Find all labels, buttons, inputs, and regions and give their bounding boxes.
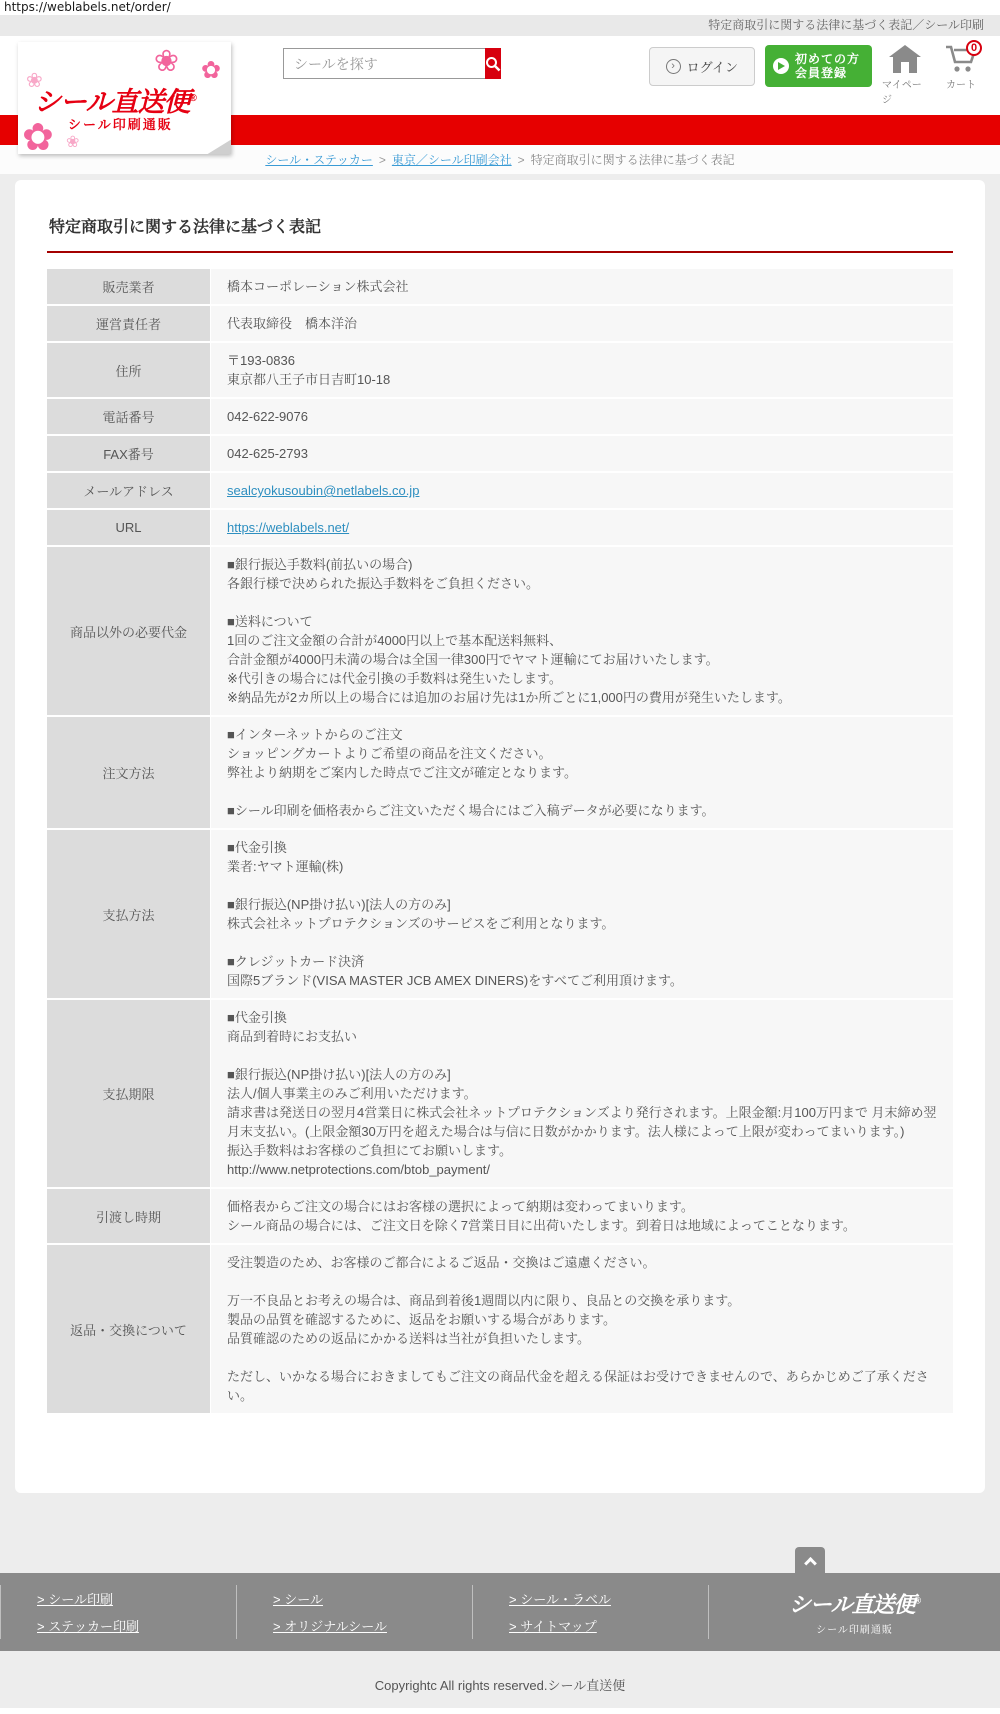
browser-url: https://weblabels.net/order/ [0, 0, 1000, 15]
row-content: sealcyokusoubin@netlabels.co.jp [211, 473, 953, 508]
breadcrumb-link-tokyo[interactable]: 東京／シール印刷会社 [392, 151, 512, 168]
row-label: 販売業者 [47, 269, 210, 304]
plum-blossom-icon: ❀ [66, 132, 79, 152]
legal-info-table: 販売業者 橋本コーポレーション株式会社 運営責任者 代表取締役 橋本洋治 住所 … [47, 269, 953, 1413]
back-to-top-button[interactable] [795, 1547, 825, 1573]
table-row: 住所 〒193-0836 東京都八王子市日吉町10-18 [47, 343, 953, 397]
site-header: ❀ ✿ ❀ ✿ ❀ シール直送便® シール印刷通販 › ログイン 初めての方 会… [0, 36, 1000, 115]
mypage-link[interactable]: マイページ [882, 44, 928, 106]
plum-blossom-icon: ✿ [22, 115, 54, 154]
cart-link[interactable]: 0 カート [938, 44, 984, 91]
footer-link-seal[interactable]: > シール [273, 1589, 472, 1608]
table-row: 注文方法 ■インターネットからのご注文 ショッピングカートよりご希望の商品を注文… [47, 717, 953, 828]
login-label: ログイン [687, 57, 738, 76]
table-row: 支払方法 ■代金引換 業者:ヤマト運輸(株) ■銀行振込(NP掛け払い)[法人の… [47, 830, 953, 998]
row-content: 042-625-2793 [211, 436, 953, 471]
login-button[interactable]: › ログイン [649, 47, 755, 86]
row-label: メールアドレス [47, 473, 210, 508]
row-label: 返品・交換について [47, 1245, 210, 1413]
copyright-text: Copyrightc All rights reserved.シール直送便 [0, 1651, 1000, 1708]
footer-link-sitemap[interactable]: > サイトマップ [509, 1616, 708, 1635]
plum-blossom-icon: ✿ [201, 56, 221, 85]
row-label: 商品以外の必要代金 [47, 547, 210, 715]
search-input[interactable] [283, 48, 485, 79]
table-row: 引渡し時期 価格表からご注文の場合にはお客様の選択によって納期は変わってまいりま… [47, 1189, 953, 1243]
footer-logo-text: シール直送便® [789, 1588, 920, 1619]
row-content: https://weblabels.net/ [211, 510, 953, 545]
site-url-link[interactable]: https://weblabels.net/ [227, 520, 349, 535]
chevron-up-icon [804, 1556, 817, 1569]
row-content: 受注製造のため、お客様のご都合によるご返品・交換はご遠慮ください。 万一不良品と… [211, 1245, 953, 1413]
main-content: 特定商取引に関する法律に基づく表記 販売業者 橋本コーポレーション株式会社 運営… [0, 174, 1000, 1493]
play-arrow-icon [773, 58, 789, 74]
cart-count-badge: 0 [966, 40, 982, 56]
row-label: 支払方法 [47, 830, 210, 998]
cart-label: カート [946, 76, 976, 91]
table-row: 運営責任者 代表取締役 橋本洋治 [47, 306, 953, 341]
row-label: FAX番号 [47, 436, 210, 471]
breadcrumb-separator: > [518, 153, 525, 167]
row-label: URL [47, 510, 210, 545]
table-row: URL https://weblabels.net/ [47, 510, 953, 545]
footer-nav: > シール印刷 > ステッカー印刷 > シール > オリジナルシール > シール… [0, 1573, 1000, 1651]
footer: > シール印刷 > ステッカー印刷 > シール > オリジナルシール > シール… [0, 1493, 1000, 1708]
row-content: 代表取締役 橋本洋治 [211, 306, 953, 341]
email-link[interactable]: sealcyokusoubin@netlabels.co.jp [227, 483, 419, 498]
breadcrumb-link-seal-sticker[interactable]: シール・ステッカー [265, 151, 373, 168]
sticker-fold [206, 139, 231, 154]
breadcrumb-separator: > [379, 153, 386, 167]
row-label: 電話番号 [47, 399, 210, 434]
search-icon [485, 56, 501, 72]
footer-logo-subtext: シール印刷通販 [816, 1621, 893, 1636]
registered-mark: ® [914, 1596, 920, 1606]
search-bar [283, 48, 455, 79]
row-content: 価格表からご注文の場合にはお客様の選択によって納期は変わってまいります。 シール… [211, 1189, 953, 1243]
row-label: 引渡し時期 [47, 1189, 210, 1243]
window-title: 特定商取引に関する法律に基づく表記／シール印刷 [0, 15, 1000, 36]
row-label: 運営責任者 [47, 306, 210, 341]
row-content: ■代金引換 商品到着時にお支払い ■銀行振込(NP掛け払い)[法人の方のみ] 法… [211, 1000, 953, 1187]
registered-mark: ® [189, 93, 195, 104]
footer-column: > シール・ラベル > サイトマップ [472, 1585, 708, 1639]
table-row: 返品・交換について 受注製造のため、お客様のご都合によるご返品・交換はご遠慮くだ… [47, 1245, 953, 1413]
table-row: FAX番号 042-625-2793 [47, 436, 953, 471]
row-content: ■代金引換 業者:ヤマト運輸(株) ■銀行振込(NP掛け払い)[法人の方のみ] … [211, 830, 953, 998]
row-label: 注文方法 [47, 717, 210, 828]
footer-link-seal-label[interactable]: > シール・ラベル [509, 1589, 708, 1608]
row-label: 支払期限 [47, 1000, 210, 1187]
table-row: 商品以外の必要代金 ■銀行振込手数料(前払いの場合) 各銀行様で決められた振込手… [47, 547, 953, 715]
row-content: ■インターネットからのご注文 ショッピングカートよりご希望の商品を注文ください。… [211, 717, 953, 828]
row-label: 住所 [47, 343, 210, 397]
logo-subtext: シール印刷通販 [68, 114, 173, 133]
site-logo[interactable]: ❀ ✿ ❀ ✿ ❀ シール直送便® シール印刷通販 [18, 42, 231, 154]
footer-column: > シール > オリジナルシール [236, 1585, 472, 1639]
breadcrumb-current: 特定商取引に関する法律に基づく表記 [531, 151, 735, 168]
mypage-label: マイページ [882, 76, 928, 106]
content-card: 特定商取引に関する法律に基づく表記 販売業者 橋本コーポレーション株式会社 運営… [15, 180, 985, 1493]
footer-link-seal-print[interactable]: > シール印刷 [37, 1589, 236, 1608]
table-row: 支払期限 ■代金引換 商品到着時にお支払い ■銀行振込(NP掛け払い)[法人の方… [47, 1000, 953, 1187]
footer-column: > シール印刷 > ステッカー印刷 [0, 1585, 236, 1639]
table-row: メールアドレス sealcyokusoubin@netlabels.co.jp [47, 473, 953, 508]
table-row: 電話番号 042-622-9076 [47, 399, 953, 434]
row-content: ■銀行振込手数料(前払いの場合) 各銀行様で決められた振込手数料をご負担ください… [211, 547, 953, 715]
login-arrow-icon: › [666, 59, 681, 74]
register-label: 初めての方 会員登録 [795, 52, 860, 80]
row-content: 橋本コーポレーション株式会社 [211, 269, 953, 304]
table-row: 販売業者 橋本コーポレーション株式会社 [47, 269, 953, 304]
search-button[interactable] [485, 48, 501, 79]
page-title: 特定商取引に関する法律に基づく表記 [47, 208, 953, 253]
home-icon [888, 44, 922, 74]
plum-blossom-icon: ❀ [154, 44, 179, 79]
row-content: 〒193-0836 東京都八王子市日吉町10-18 [211, 343, 953, 397]
register-button[interactable]: 初めての方 会員登録 [765, 45, 872, 87]
header-actions: › ログイン 初めての方 会員登録 マイページ 0 カート [649, 44, 984, 106]
row-content: 042-622-9076 [211, 399, 953, 434]
footer-link-original-seal[interactable]: > オリジナルシール [273, 1616, 472, 1635]
footer-logo: シール直送便® シール印刷通販 [708, 1585, 1000, 1639]
footer-link-sticker-print[interactable]: > ステッカー印刷 [37, 1616, 236, 1635]
